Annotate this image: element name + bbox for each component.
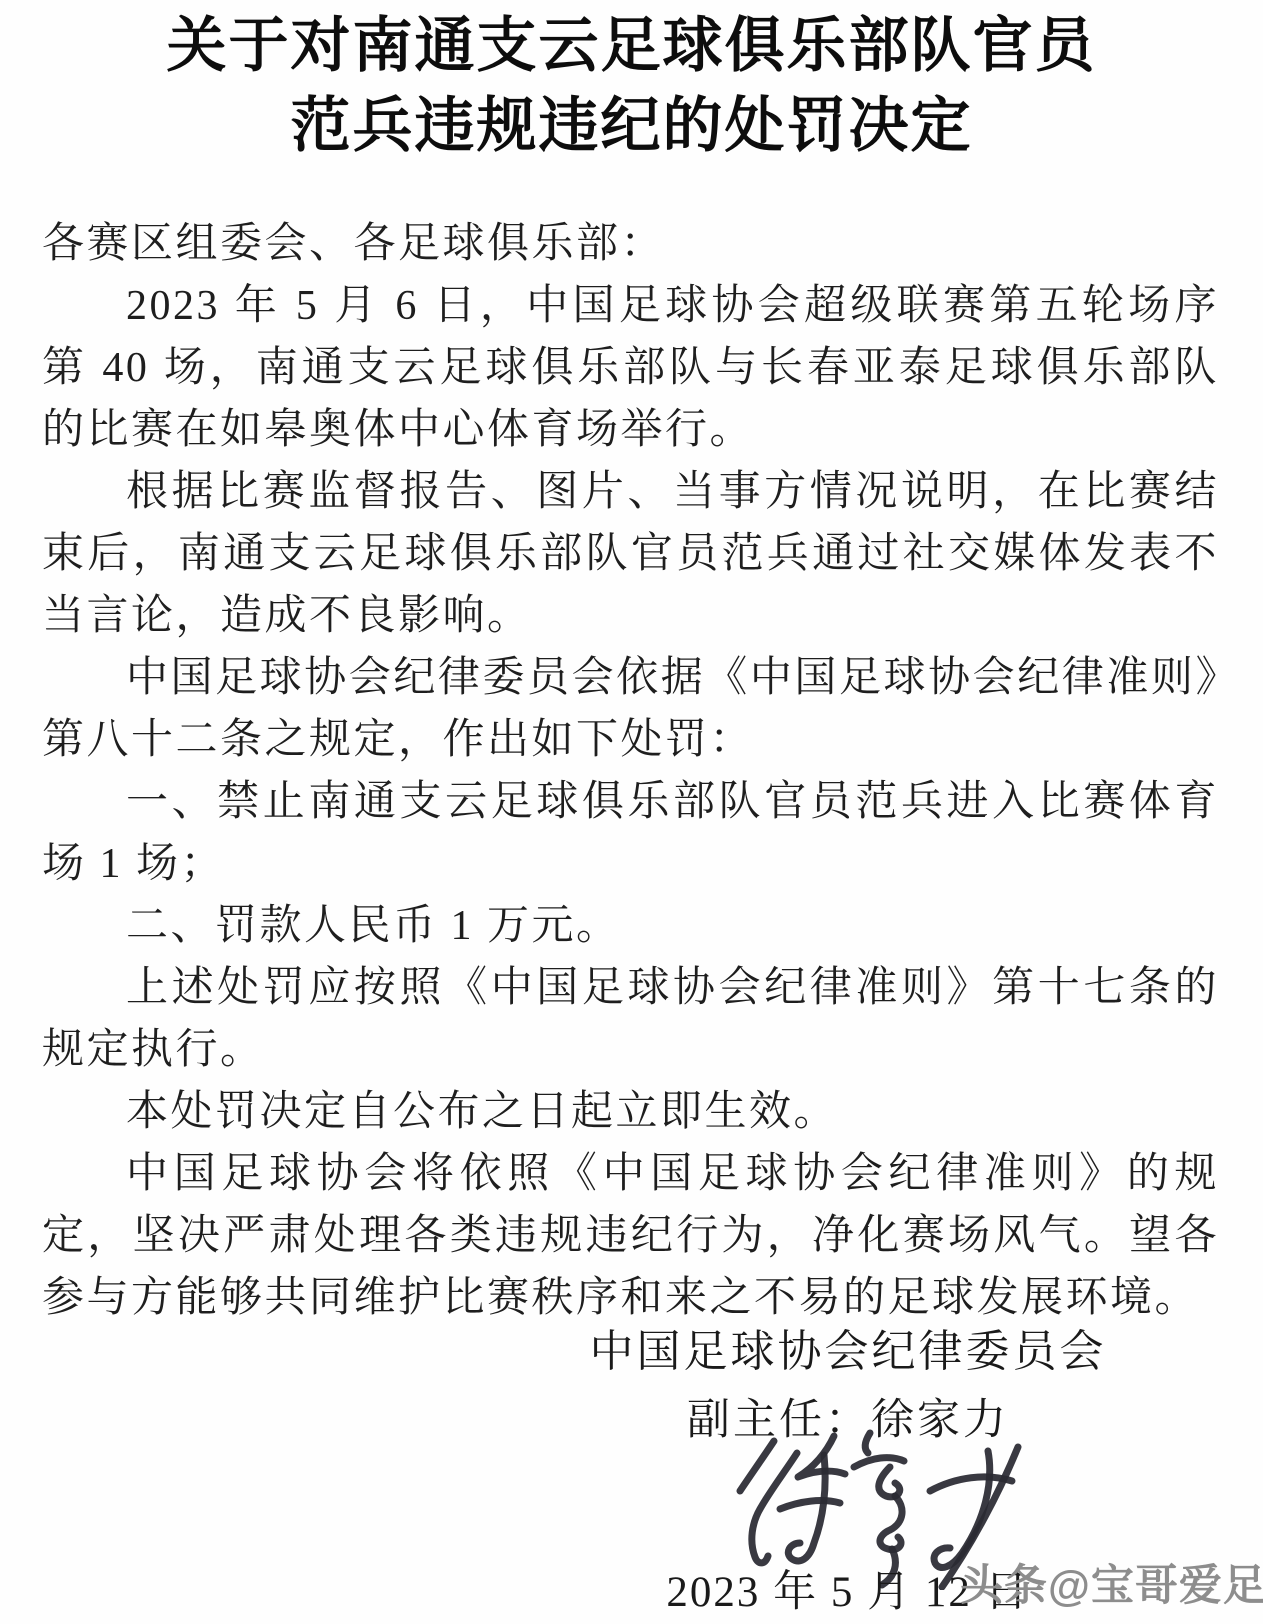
document-body: 各赛区组委会、各足球俱乐部： 2023 年 5 月 6 日，中国足球协会超级联赛… bbox=[42, 213, 1219, 1329]
paragraph-ruling-basis: 中国足球协会纪律委员会依据《中国足球协会纪律准则》第八十二条之规定，作出如下处罚… bbox=[42, 647, 1219, 771]
title-line-1: 关于对南通支云足球俱乐部队官员 bbox=[0, 6, 1263, 86]
salutation: 各赛区组委会、各足球俱乐部： bbox=[42, 213, 1219, 275]
watermark-toutiao-baoge: 头条@宝哥爱足球 bbox=[960, 1552, 1263, 1613]
issuing-organization: 中国足球协会纪律委员会 bbox=[560, 1322, 1136, 1382]
signer-title-and-name: 副主任：徐家力 bbox=[560, 1391, 1136, 1451]
document-title: 关于对南通支云足球俱乐部队官员 范兵违规违纪的处罚决定 bbox=[0, 6, 1263, 166]
paragraph-closing-statement: 中国足球协会将依照《中国足球协会纪律准则》的规定，坚决严肃处理各类违规违纪行为，… bbox=[42, 1143, 1219, 1329]
paragraph-match-info: 2023 年 5 月 6 日，中国足球协会超级联赛第五轮场序第 40 场，南通支… bbox=[42, 275, 1219, 461]
paragraph-enforcement: 上述处罚应按照《中国足球协会纪律准则》第十七条的规定执行。 bbox=[42, 957, 1219, 1081]
title-line-2: 范兵违规违纪的处罚决定 bbox=[0, 86, 1263, 166]
paragraph-violation-facts: 根据比赛监督报告、图片、当事方情况说明，在比赛结束后，南通支云足球俱乐部队官员范… bbox=[42, 461, 1219, 647]
paragraph-penalty-item-2: 二、罚款人民币 1 万元。 bbox=[42, 895, 1219, 957]
paragraph-penalty-item-1: 一、禁止南通支云足球俱乐部队官员范兵进入比赛体育场 1 场； bbox=[42, 771, 1219, 895]
disciplinary-decision-document: 关于对南通支云足球俱乐部队官员 范兵违规违纪的处罚决定 各赛区组委会、各足球俱乐… bbox=[0, 0, 1263, 1624]
paragraph-effective-date: 本处罚决定自公布之日起立即生效。 bbox=[42, 1081, 1219, 1143]
